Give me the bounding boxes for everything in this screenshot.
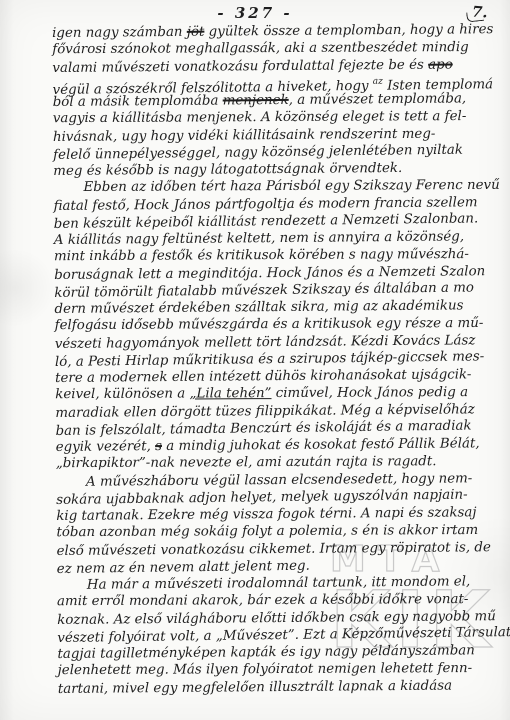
manuscript-line: keivel, különösen a „Lila tehén” ciművel…: [55, 384, 505, 404]
manuscript-line: „birkapiktor”-nak nevezte el, ami azután…: [56, 453, 506, 473]
manuscript-page: - 327 - 7. MTA KIK igen nagy számban jöt…: [0, 0, 510, 720]
manuscript-text: igen nagy számban jöt gyültek össze a te…: [52, 21, 508, 698]
manuscript-line: tóban azonban még sokáig folyt a polemia…: [56, 522, 506, 542]
manuscript-line: mint inkább a festők és kritikusok köréb…: [54, 246, 504, 266]
folio-number: 7.: [472, 2, 489, 21]
manuscript-line: vagyis a kiállitásba menjenek. A közönsé…: [53, 108, 503, 128]
page-number: - 327 -: [175, 4, 335, 22]
manuscript-line: felfogásu idősebb művészgárda és a kriti…: [55, 315, 505, 335]
manuscript-line: tartani, mivel egy megfelelően illusztrá…: [58, 677, 508, 698]
manuscript-line: fővárosi szónokot meghallgassák, aki a s…: [52, 39, 502, 59]
manuscript-line: Ebben az időben tért haza Párisból egy S…: [53, 177, 503, 197]
manuscript-line: amit erről mondani akarok, bár ezek a ké…: [57, 591, 507, 611]
manuscript-line: jelenhetett meg. Más ilyen folyóiratot n…: [58, 660, 508, 680]
